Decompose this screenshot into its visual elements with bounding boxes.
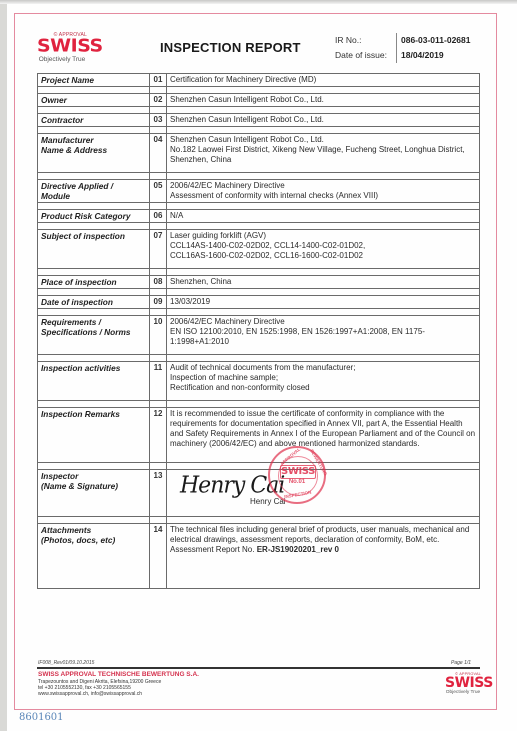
row-value-line: Audit of technical documents from the ma… [170, 363, 476, 373]
row-number: 06 [150, 210, 167, 223]
ir-no-value: 086-03-011-02681 [401, 33, 470, 48]
table-row: Owner02Shenzhen Casun Intelligent Robot … [38, 94, 480, 107]
report-meta: IR No.:086-03-011-02681 Date of issue:18… [335, 33, 470, 63]
meta-divider [396, 33, 397, 63]
row-number: 12 [150, 408, 167, 463]
row-label: Project Name [38, 74, 150, 87]
row-value-line: Laser guiding forklift (AGV) [170, 231, 476, 241]
row-spacer [38, 289, 480, 296]
logo-brand: SWISS [37, 38, 87, 54]
form-id: IF008_Rev01/09.10.2015 [38, 660, 94, 666]
table-row: Inspection activities11Audit of technica… [38, 362, 480, 401]
row-number: 10 [150, 316, 167, 355]
footer-web-line: www.swissapproval.ch, info@swissapproval… [38, 692, 161, 698]
row-value-line: Rectification and non-conformity closed [170, 383, 476, 393]
row-label-line: Specifications / Norms [41, 327, 146, 337]
row-value-line: Certification for Machinery Directive (M… [170, 75, 476, 85]
row-number: 01 [150, 74, 167, 87]
row-value: 2006/42/EC Machinery DirectiveEN ISO 121… [167, 316, 480, 355]
row-value: Certification for Machinery Directive (M… [167, 74, 480, 87]
row-number: 09 [150, 296, 167, 309]
row-number: 11 [150, 362, 167, 401]
page-number: Page 1/1 [451, 660, 471, 666]
table-row: Date of inspection0913/03/2019 [38, 296, 480, 309]
row-value: It is recommended to issue the certifica… [167, 408, 480, 463]
table-row: Product Risk Category06N/A [38, 210, 480, 223]
row-label: Attachments(Photos, docs, etc) [38, 524, 150, 589]
table-row: Inspection Remarks12It is recommended to… [38, 408, 480, 463]
report-title: INSPECTION REPORT [160, 40, 301, 55]
row-spacer [38, 127, 480, 134]
row-value: Shenzhen, China [167, 276, 480, 289]
row-value: 2006/42/EC Machinery DirectiveAssessment… [167, 180, 480, 203]
row-label: Place of inspection [38, 276, 150, 289]
row-value: Shenzhen Casun Intelligent Robot Co., Lt… [167, 134, 480, 173]
footer-address: Trapezountos and Digeni Akrita, Elefsina… [38, 680, 161, 697]
row-label-line: Manufacturer [41, 135, 146, 145]
row-label-line: (Photos, docs, etc) [41, 535, 146, 545]
footer-logo-brand: SWISS [445, 677, 481, 690]
row-value: Laser guiding forklift (AGV)CCL14AS-1400… [167, 230, 480, 269]
footer-swiss-logo: © APPROVAL SWISS Objectively True [445, 672, 481, 696]
ir-no-label: IR No.: [335, 33, 395, 48]
row-label: Requirements /Specifications / Norms [38, 316, 150, 355]
row-value-line: CCL14AS-1400-C02-02D02, CCL14-1400-C02-0… [170, 241, 476, 251]
row-value-line: Shenzhen Casun Intelligent Robot Co., Lt… [170, 115, 476, 125]
table-row: Subject of inspection07Laser guiding for… [38, 230, 480, 269]
assessment-report-line: Assessment Report No. ER-JS19020201_rev … [170, 545, 476, 555]
row-label: Directive Applied /Module [38, 180, 150, 203]
row-number: 14 [150, 524, 167, 589]
row-number: 04 [150, 134, 167, 173]
row-spacer [38, 107, 480, 114]
row-value-line: It is recommended to issue the certifica… [170, 409, 476, 449]
row-value-line: 2006/42/EC Machinery Directive [170, 317, 476, 327]
row-label: Inspection activities [38, 362, 150, 401]
table-row: ManufacturerName & Address04Shenzhen Cas… [38, 134, 480, 173]
row-spacer [38, 269, 480, 276]
table-row: Place of inspection08Shenzhen, China [38, 276, 480, 289]
row-number: 08 [150, 276, 167, 289]
row-value-line: No.182 Laowei First District, Xikeng New… [170, 145, 476, 165]
table-row: Contractor03Shenzhen Casun Intelligent R… [38, 114, 480, 127]
row-spacer [38, 517, 480, 524]
row-label-line: Attachments [41, 525, 146, 535]
stamp-number: No.01 [270, 479, 324, 485]
row-label: Inspector(Name & Signature) [38, 470, 150, 517]
row-spacer [38, 401, 480, 408]
row-value: 13/03/2019 [167, 296, 480, 309]
stamp-brand: SWISS [280, 465, 316, 479]
row-spacer [38, 87, 480, 94]
row-value-line: 13/03/2019 [170, 297, 476, 307]
row-number: 05 [150, 180, 167, 203]
row-value-line: Assessment of conformity with internal c… [170, 191, 476, 201]
row-value-line: Shenzhen, China [170, 277, 476, 287]
row-label: ManufacturerName & Address [38, 134, 150, 173]
table-row: Attachments(Photos, docs, etc)14The tech… [38, 524, 480, 589]
row-value: The technical files including general br… [167, 524, 480, 589]
row-label-line: Inspector [41, 471, 146, 481]
row-number: 07 [150, 230, 167, 269]
row-label: Owner [38, 94, 150, 107]
footer-company: SWISS APPROVAL TECHNISCHE BEWERTUNG S.A. [38, 671, 199, 678]
scan-edge [0, 0, 517, 4]
row-label-line: Name & Address [41, 145, 146, 155]
row-spacer [38, 463, 480, 470]
swiss-logo: © APPROVAL SWISS Objectively True [37, 32, 87, 64]
row-value: Shenzhen Casun Intelligent Robot Co., Lt… [167, 114, 480, 127]
assessment-report-number: ER-JS19020201_rev 0 [257, 545, 339, 554]
company-stamp: APPROVAL BEWERTUNG INSPECTION SWISS No.0… [268, 446, 326, 504]
row-label: Inspection Remarks [38, 408, 150, 463]
row-value-line: Inspection of machine sample; [170, 373, 476, 383]
footer-logo-tagline: Objectively True [445, 690, 481, 696]
row-spacer [38, 355, 480, 362]
row-label: Product Risk Category [38, 210, 150, 223]
row-label: Contractor [38, 114, 150, 127]
table-row: Project Name01Certification for Machiner… [38, 74, 480, 87]
row-number: 13 [150, 470, 167, 517]
row-value: N/A [167, 210, 480, 223]
row-value: Audit of technical documents from the ma… [167, 362, 480, 401]
row-value-line: 2006/42/EC Machinery Directive [170, 181, 476, 191]
assessment-report-label: Assessment Report No. [170, 545, 254, 554]
table-row: Inspector(Name & Signature)13Henry CaiHe… [38, 470, 480, 517]
row-label: Date of inspection [38, 296, 150, 309]
row-label-line: Directive Applied / [41, 181, 146, 191]
table-row: Directive Applied /Module052006/42/EC Ma… [38, 180, 480, 203]
row-spacer [38, 173, 480, 180]
row-value-line: Shenzhen Casun Intelligent Robot Co., Lt… [170, 95, 476, 105]
row-spacer [38, 309, 480, 316]
row-number: 03 [150, 114, 167, 127]
row-value: Shenzhen Casun Intelligent Robot Co., Lt… [167, 94, 480, 107]
row-value-line: Shenzhen Casun Intelligent Robot Co., Lt… [170, 135, 476, 145]
row-label: Subject of inspection [38, 230, 150, 269]
table-row: Requirements /Specifications / Norms1020… [38, 316, 480, 355]
row-label-line: Module [41, 191, 146, 201]
footer-divider [37, 667, 480, 669]
row-spacer [38, 223, 480, 230]
inspection-table: Project Name01Certification for Machiner… [37, 73, 480, 589]
row-label-line: (Name & Signature) [41, 481, 146, 491]
date-value: 18/04/2019 [401, 48, 444, 63]
row-spacer [38, 203, 480, 210]
row-value-line: EN ISO 12100:2010, EN 1525:1998, EN 1526… [170, 327, 476, 347]
document-number: 8601601 [19, 712, 64, 723]
row-label-line: Requirements / [41, 317, 146, 327]
row-value-line: CCL16AS-1600-C02-02D02, CCL16-1600-C02-0… [170, 251, 476, 261]
row-value-line: N/A [170, 211, 476, 221]
row-number: 02 [150, 94, 167, 107]
date-label: Date of issue: [335, 48, 395, 63]
row-value-line: The technical files including general br… [170, 525, 476, 545]
